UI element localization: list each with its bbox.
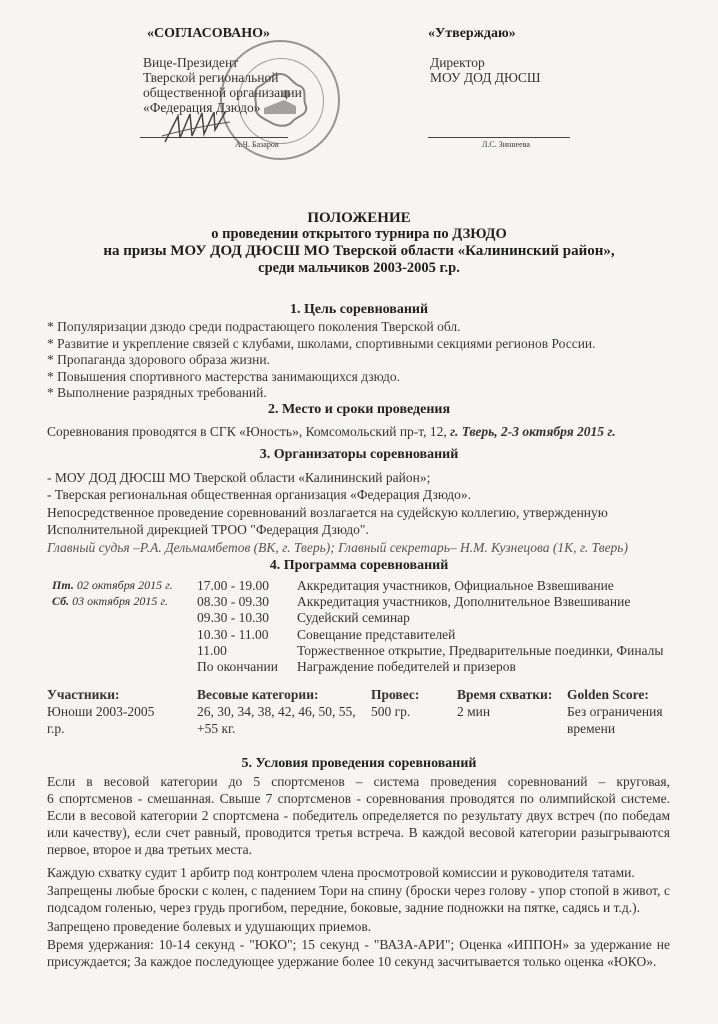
participants-column: Участники: Юноши 2003-2005 г.р. [47,686,157,737]
section-venue-heading: 2. Место и сроки проведения [0,402,718,418]
weight-allowance-label: Провес: [371,686,441,703]
conditions-line: Если в весовой категории 2 спортсмена - … [47,807,670,824]
weight-categories-column: Весовые категории: 26, 30, 34, 38, 42, 4… [197,686,367,737]
schedule-event: Судейский семинар [297,610,410,626]
signature-line-right [428,137,570,138]
schedule-event: Награждение победителей и призеров [297,659,516,675]
conditions-paragraph-5: Время удержания: 10-14 секунд - "ЮКО"; 1… [47,936,670,970]
goals-list: * Популяризации дзюдо среди подрастающег… [47,319,596,402]
schedule-time: 17.00 - 19.00 [197,578,269,594]
match-time-column: Время схватки: 2 мин [457,686,557,720]
match-time-label: Время схватки: [457,686,557,703]
golden-score-value: Без ограничения времени [567,703,667,737]
schedule-time: По окончании [197,659,278,675]
judging-paragraph: Непосредственное проведение соревнований… [47,504,608,538]
weight-allowance-value: 500 гр. [371,703,441,720]
signatory-right: Л.С. Зиннеева [482,140,530,149]
venue-city-dates: г. Тверь, 2-3 октября 2015 г. [450,424,615,439]
goal-item: * Популяризации дзюдо среди подрастающег… [47,319,596,336]
judging-line: Исполнительной дирекцией ТРОО "Федерация… [47,521,608,538]
schedule-time: 11.00 [197,643,227,659]
organizers-list: - МОУ ДОД ДЮСШ МО Тверской области «Кали… [47,469,471,503]
document-subtitle-3: среди мальчиков 2003-2005 г.р. [0,260,718,277]
document-subtitle-2: на призы МОУ ДОД ДЮСШ МО Тверской област… [0,243,718,260]
schedule-event: Торжественное открытие, Предварительные … [297,643,663,659]
director-org: МОУ ДОД ДЮСШ [430,70,541,85]
conditions-line: или качеству), если счет равный, проводи… [47,824,670,841]
organization-stamp [220,40,340,160]
organizer-item: - Тверская региональная общественная орг… [47,486,471,503]
officials-line: Главный судья –Р.А. Дельмамбетов (ВК, г.… [47,539,628,556]
schedule-time: 10.30 - 11.00 [197,627,269,643]
director-position: Директор [430,55,541,70]
section-organizers-heading: 3. Организаторы соревнований [0,447,718,463]
goal-item: * Повышения спортивного мастерства заним… [47,369,596,386]
golden-score-label: Golden Score: [567,686,667,703]
document-subtitle-1: о проведении открытого турнира по ДЗЮДО [0,226,718,243]
golden-score-column: Golden Score: Без ограничения времени [567,686,667,737]
goal-item: * Развитие и укрепление связей с клубами… [47,336,596,353]
conditions-paragraph-2: Каждую схватку судит 1 арбитр под контро… [47,864,635,881]
conditions-line: Время удержания: 10-14 секунд - "ЮКО"; 1… [47,936,670,953]
section-program-heading: 4. Программа соревнований [0,558,718,574]
day-abbr: Пт. [52,578,74,592]
conditions-line: первое, второе и два третьих места. [47,841,670,858]
goal-item: * Выполнение разрядных требований. [47,385,596,402]
section-conditions-heading: 5. Условия проведения соревнований [0,756,718,772]
weight-categories-value: 26, 30, 34, 38, 42, 46, 50, 55, +55 кг. [197,703,367,737]
conditions-paragraph-4: Запрещено проведение болевых и удушающих… [47,918,371,935]
venue-address: Соревнования проводятся в СГК «Юность», … [47,424,450,439]
conditions-paragraph-1: Если в весовой категории до 5 спортсмено… [47,773,670,858]
document-title: ПОЛОЖЕНИЕ [0,210,718,227]
weight-allowance-column: Провес: 500 гр. [371,686,441,720]
approved-heading: «СОГЛАСОВАНО» [147,26,270,42]
match-time-value: 2 мин [457,703,557,720]
schedule-time: 08.30 - 09.30 [197,594,269,610]
conditions-line: 6 спортсменов - смешанная. Свыше 7 спорт… [47,790,670,807]
program-day-friday: Пт. 02 октября 2015 г. [52,578,173,593]
day-abbr: Сб. [52,594,69,608]
venue-text: Соревнования проводятся в СГК «Юность», … [47,423,616,440]
schedule-event: Аккредитация участников, Официальное Взв… [297,578,614,594]
conditions-paragraph-3: Запрещены любые броски с колен, с падени… [47,882,670,916]
conditions-line: подсадом голенью, через грудь прогибом, … [47,899,670,916]
day-date: 02 октября 2015 г. [74,578,173,592]
participants-label: Участники: [47,686,157,703]
section-goals-heading: 1. Цель соревнований [0,302,718,318]
conditions-line: Если в весовой категории до 5 спортсмено… [47,773,670,790]
schedule-event: Совещание представителей [297,627,455,643]
weight-categories-label: Весовые категории: [197,686,367,703]
participants-value: Юноши 2003-2005 г.р. [47,703,157,737]
approval-block-right: Директор МОУ ДОД ДЮСШ [430,55,541,85]
organizer-item: - МОУ ДОД ДЮСШ МО Тверской области «Кали… [47,469,471,486]
conditions-line: Запрещены любые броски с колен, с падени… [47,882,670,899]
conditions-line: присуждается; За каждое последующее удер… [47,953,670,970]
judging-line: Непосредственное проведение соревнований… [47,504,608,521]
program-day-saturday: Сб. 03 октября 2015 г. [52,594,168,609]
day-date: 03 октября 2015 г. [69,594,168,608]
schedule-time: 09.30 - 10.30 [197,610,269,626]
stamp-emblem-icon [250,70,310,130]
schedule-event: Аккредитация участников, Дополнительное … [297,594,630,610]
confirm-heading: «Утверждаю» [428,26,516,42]
goal-item: * Пропаганда здорового образа жизни. [47,352,596,369]
